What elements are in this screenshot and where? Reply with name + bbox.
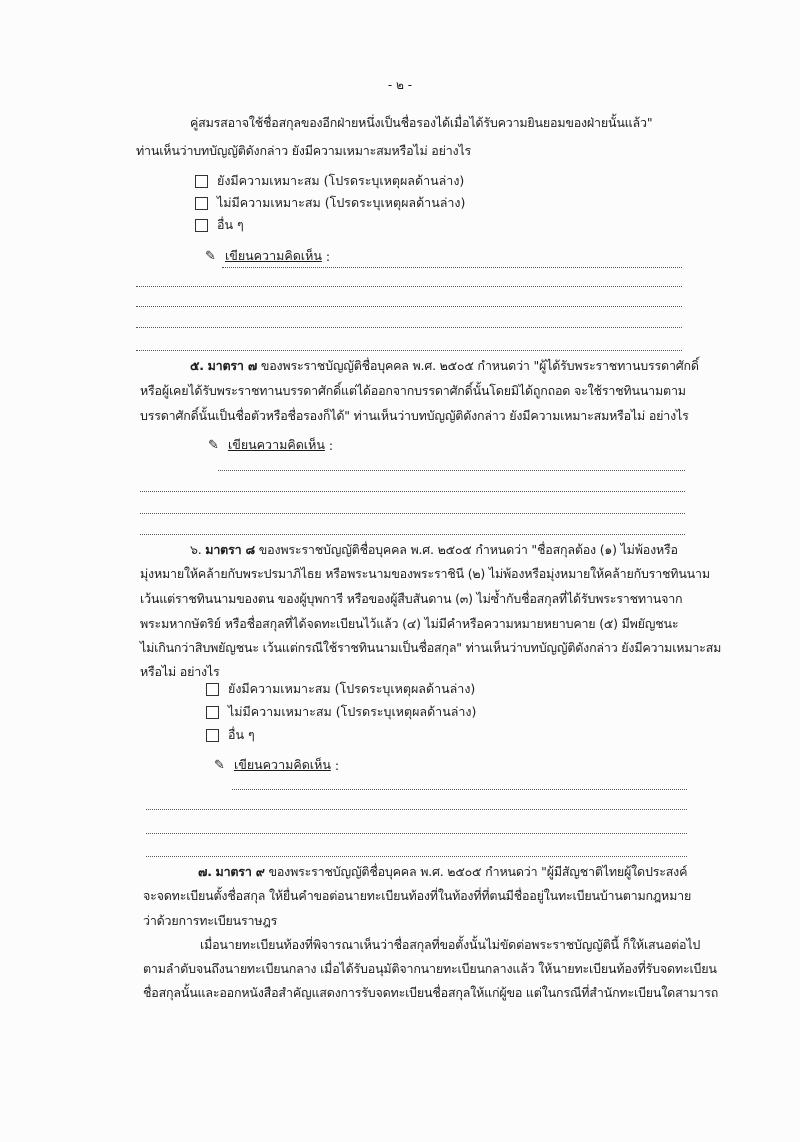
section6-ref: มาตรา ๘ [205,542,255,557]
section5-line1: ๕. มาตรา ๗ ของพระราชบัญญัติชื่อบุคคล พ.ศ… [190,356,699,376]
option-label: อื่น ๆ [217,215,244,235]
section4-option-unsuitable[interactable]: ไม่มีความเหมาะสม (โปรดระบุเหตุผลด้านล่าง… [195,193,465,213]
section6-line1-text: ของพระราชบัญญัติชื่อบุคคล พ.ศ. ๒๕๐๕ กำหน… [259,542,678,557]
section4-comment-line-3[interactable] [136,306,682,307]
pencil-icon: ✎ [208,438,222,453]
checkbox[interactable] [195,175,208,188]
section6-option-other[interactable]: อื่น ๆ [206,725,255,745]
section6-comment-line-4[interactable] [146,856,687,857]
section5-line3: บรรดาศักดิ์นั้นเป็นชื่อตัวหรือชื่อรองก็ไ… [140,406,689,426]
document-page: - ๒ - คู่สมรสอาจใช้ชื่อสกุลของอีกฝ่ายหนึ… [0,0,800,1142]
section6-option-unsuitable[interactable]: ไม่มีความเหมาะสม (โปรดระบุเหตุผลด้านล่าง… [206,702,476,722]
section5-comment-line-3[interactable] [140,513,685,514]
section5-comment-heading: ✎ เขียนความคิดเห็น : [208,435,333,455]
section5-line2: หรือผู้เคยได้รับพระราชทานบรรดาศักดิ์แต่ไ… [140,381,686,401]
section6-number: ๖. [190,542,202,557]
option-label: อื่น ๆ [228,725,255,745]
section4-comment-line-2[interactable] [136,286,682,287]
comment-label: เขียนความคิดเห็น [228,435,325,455]
section6-comment-line-3[interactable] [146,833,687,834]
pencil-icon: ✎ [214,758,228,773]
section7-line1: ๗. มาตรา ๙ ของพระราชบัญญัติชื่อบุคคล พ.ศ… [198,862,687,882]
option-label: ยังมีความเหมาะสม (โปรดระบุเหตุผลด้านล่าง… [217,171,464,191]
section6-comment-heading: ✎ เขียนความคิดเห็น : [214,755,339,775]
section7-line5: ตามลำดับจนถึงนายทะเบียนกลาง เมื่อได้รับอ… [143,959,717,979]
section4-comment-line-4[interactable] [136,327,682,328]
page-number: - ๒ - [0,76,800,95]
section6-comment-line-1[interactable] [232,789,687,790]
section6-option-suitable[interactable]: ยังมีความเหมาะสม (โปรดระบุเหตุผลด้านล่าง… [206,679,475,699]
section6-line4: พระมหากษัตริย์ หรือชื่อสกุลที่ได้จดทะเบี… [140,614,678,634]
section4-option-suitable[interactable]: ยังมีความเหมาะสม (โปรดระบุเหตุผลด้านล่าง… [195,171,464,191]
section7-line2: จะจดทะเบียนตั้งชื่อสกุล ให้ยื่นคำขอต่อนา… [143,886,691,906]
section7-ref: มาตรา ๙ [216,864,265,879]
section6-line3: เว้นแต่ราชทินนามของตน ของผู้บุพการี หรือ… [140,589,682,609]
section6-line2: มุ่งหมายให้คล้ายกับพระปรมาภิไธย หรือพระน… [140,564,710,584]
pencil-icon: ✎ [205,249,219,264]
section4-comment-line-1[interactable] [222,267,682,268]
checkbox[interactable] [195,197,208,210]
option-label: ยังมีความเหมาะสม (โปรดระบุเหตุผลด้านล่าง… [228,679,475,699]
section4-text-line1: คู่สมรสอาจใช้ชื่อสกุลของอีกฝ่ายหนึ่งเป็น… [190,113,652,133]
checkbox[interactable] [206,683,219,696]
section7-line6: ชื่อสกุลนั้นและออกหนังสือสำคัญแสดงการรับ… [143,983,718,1003]
section4-comment-line-5[interactable] [136,350,682,351]
section7-number: ๗. [198,864,212,879]
section4-option-other[interactable]: อื่น ๆ [195,215,244,235]
section5-comment-line-2[interactable] [140,491,685,492]
section6-line5: ไม่เกินกว่าสิบพยัญชนะ เว้นแต่กรณีใช้ราชท… [140,638,721,658]
section4-question: ท่านเห็นว่าบทบัญญัติดังกล่าว ยังมีความเห… [136,141,471,161]
comment-label: เขียนความคิดเห็น [234,755,331,775]
comment-colon: : [326,249,330,264]
section6-comment-line-2[interactable] [146,809,687,810]
section7-line4: เมื่อนายทะเบียนท้องที่พิจารณาเห็นว่าชื่อ… [200,935,700,955]
section6-line1: ๖. มาตรา ๘ ของพระราชบัญญัติชื่อบุคคล พ.ศ… [190,540,678,560]
section5-comment-line-4[interactable] [140,534,685,535]
comment-colon: : [329,438,333,453]
section4-comment-heading: ✎ เขียนความคิดเห็น : [205,246,330,266]
section5-ref: มาตรา ๗ [208,358,257,373]
comment-label: เขียนความคิดเห็น [225,246,322,266]
option-label: ไม่มีความเหมาะสม (โปรดระบุเหตุผลด้านล่าง… [228,702,476,722]
section5-line1-text: ของพระราชบัญญัติชื่อบุคคล พ.ศ. ๒๕๐๕ กำหน… [261,358,699,373]
checkbox[interactable] [195,219,208,232]
section5-number: ๕. [190,358,204,373]
checkbox[interactable] [206,729,219,742]
section7-line1-text: ของพระราชบัญญัติชื่อบุคคล พ.ศ. ๒๕๐๕ กำหน… [269,864,688,879]
comment-colon: : [335,758,339,773]
option-label: ไม่มีความเหมาะสม (โปรดระบุเหตุผลด้านล่าง… [217,193,465,213]
checkbox[interactable] [206,706,219,719]
section7-line3: ว่าด้วยการทะเบียนราษฎร [143,911,277,931]
section5-comment-line-1[interactable] [218,470,685,471]
